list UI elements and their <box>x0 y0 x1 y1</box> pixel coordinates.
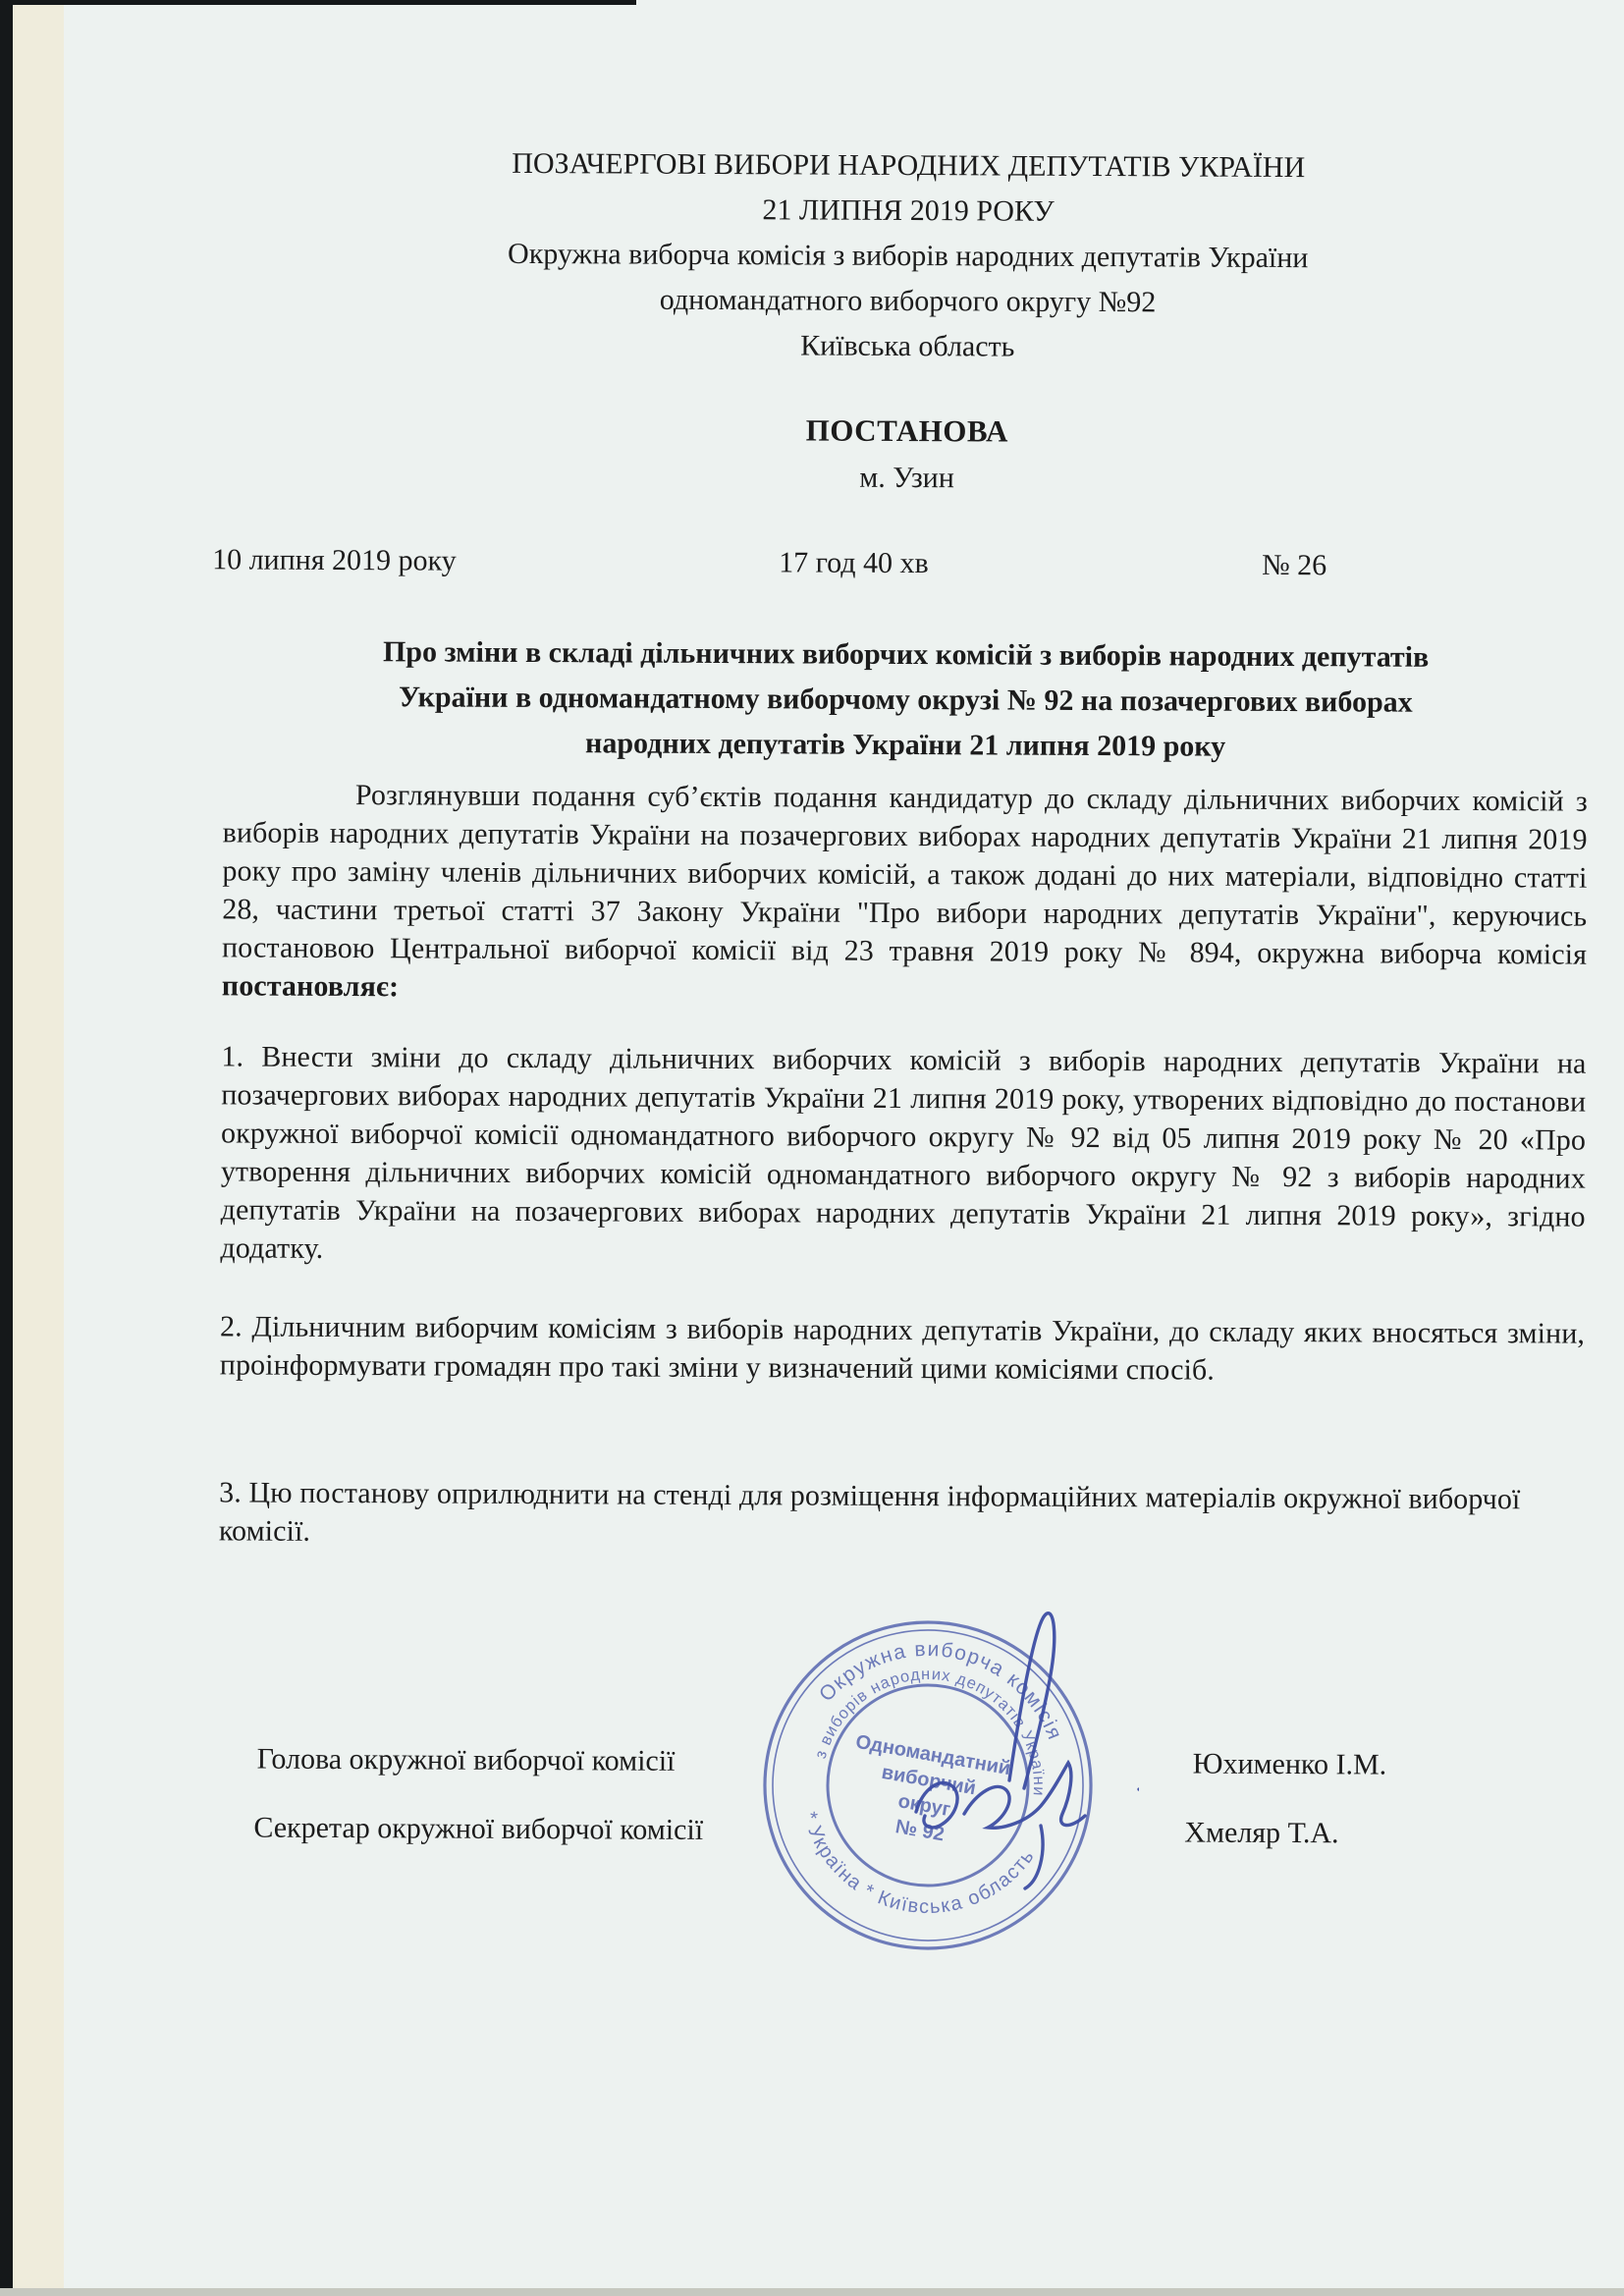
stamp-center-line: № 92 <box>893 1816 946 1845</box>
document-date: 10 липня 2019 року <box>212 543 457 577</box>
header-line: Окружна виборча комісія з виборів народн… <box>226 230 1591 282</box>
resolution-title-line: народних депутатів України 21 липня 2019… <box>277 720 1534 772</box>
preamble-paragraph: Розглянувши подання суб’єктів подання ка… <box>222 775 1588 1011</box>
header-line: 21 ЛИПНЯ 2019 РОКУ <box>226 185 1591 237</box>
header-line: одномандатного виборчого округу №92 <box>225 275 1590 327</box>
signature-role-head: Голова окружної виборчої комісії <box>257 1743 676 1778</box>
resolution-title-line: Про зміни в складі дільничних виборчих к… <box>278 629 1535 682</box>
resolution-item-1: 1. Внести зміни до складу дільничних виб… <box>220 1037 1586 1274</box>
signature-name-head: Юхименко І.М. <box>1193 1748 1387 1782</box>
resolution-title-line: України в одномандатному виборчому окруз… <box>277 675 1534 727</box>
document-time: 17 год 40 хв <box>779 546 929 580</box>
round-stamp-and-signatures: Окружна виборча комісія з виборів народн… <box>746 1594 1139 1987</box>
meta-row: 10 липня 2019 року 17 год 40 хв № 26 <box>224 543 1589 591</box>
signature-role-secretary: Секретар окружної виборчої комісії <box>253 1812 703 1847</box>
scan-edge-black-strip <box>0 0 13 2296</box>
scan-edge-cream-strip <box>13 0 64 2296</box>
header-line: Київська область <box>225 320 1590 372</box>
resolution-title: Про зміни в складі дільничних виборчих к… <box>277 629 1535 772</box>
document-type-title: ПОСТАНОВА <box>225 410 1590 452</box>
preamble-bold-word: постановляє: <box>222 969 399 1003</box>
signature-name-secretary: Хмеляр Т.А. <box>1184 1817 1338 1851</box>
preamble-text: Розглянувши подання суб’єктів подання ка… <box>222 779 1588 971</box>
document-header: ПОЗАЧЕРГОВІ ВИБОРИ НАРОДНИХ ДЕПУТАТІВ УК… <box>225 139 1591 372</box>
header-line: ПОЗАЧЕРГОВІ ВИБОРИ НАРОДНИХ ДЕПУТАТІВ УК… <box>226 139 1591 191</box>
document-place: м. Узин <box>224 458 1589 498</box>
document-number: № 26 <box>1262 549 1326 582</box>
scanned-document-page: ПОЗАЧЕРГОВІ ВИБОРИ НАРОДНИХ ДЕПУТАТІВ УК… <box>0 0 1624 2296</box>
resolution-item-2: 2. Дільничним виборчим комісіям з виборі… <box>220 1307 1585 1391</box>
resolution-item-3: 3. Цю постанову оприлюднити на стенді дл… <box>219 1473 1525 1557</box>
